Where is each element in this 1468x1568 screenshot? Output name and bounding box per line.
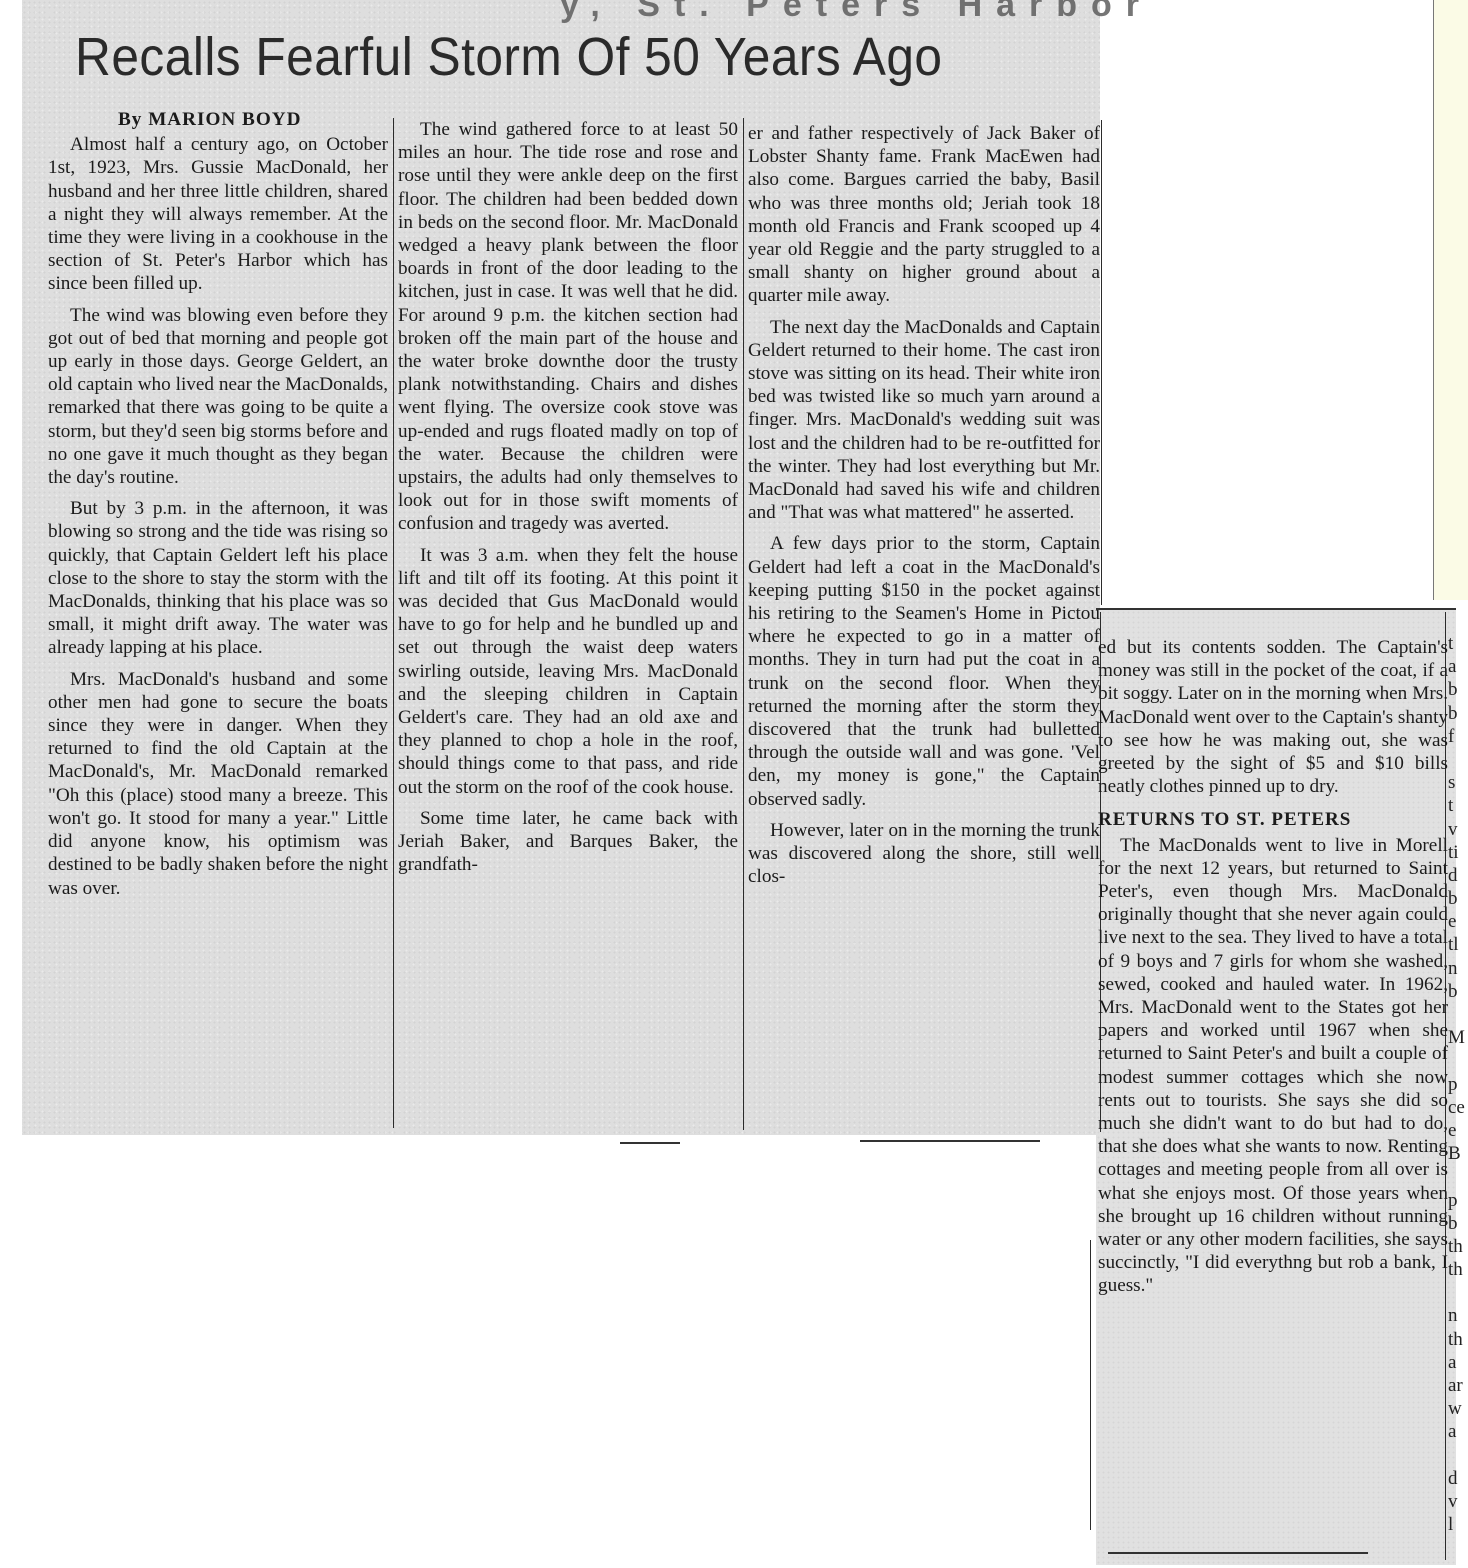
- fragment-letter: M: [1448, 1026, 1468, 1049]
- fragment-letter: p: [1448, 1073, 1468, 1096]
- bottom-rule: [1108, 1552, 1368, 1554]
- fragment-letter: b: [1448, 887, 1468, 910]
- fragment-letter: f: [1448, 725, 1468, 748]
- fragment-letter: a: [1448, 1420, 1468, 1443]
- fragment-letter: th: [1448, 1328, 1468, 1351]
- subheading: RETURNS TO ST. PETERS: [1098, 808, 1448, 831]
- fragment-letter: n: [1448, 1304, 1468, 1327]
- fragment-letter: [1448, 1049, 1468, 1072]
- column-rule: [743, 118, 744, 1130]
- column-rule: [1101, 120, 1102, 605]
- paragraph: But by 3 p.m. in the afternoon, it was b…: [48, 497, 388, 659]
- paragraph: The wind gathered force to at least 50 m…: [398, 118, 738, 536]
- fragment-letter: s: [1448, 771, 1468, 794]
- paragraph: Some time later, he came back with Jeria…: [398, 807, 738, 877]
- paragraph: It was 3 a.m. when they felt the house l…: [398, 544, 738, 799]
- fragment-letter: b: [1448, 1212, 1468, 1235]
- column-rule: [393, 118, 394, 1128]
- article-column-2: The wind gathered force to at least 50 m…: [398, 118, 738, 885]
- fragment-letter: n: [1448, 957, 1468, 980]
- masthead-fragment: y, St. Peters Harbor: [560, 0, 1153, 25]
- paragraph: The MacDonalds went to live in Morell fo…: [1098, 834, 1448, 1298]
- paragraph: The wind was blowing even before they go…: [48, 304, 388, 490]
- fragment-letter: b: [1448, 980, 1468, 1003]
- fragment-letter: e: [1448, 910, 1468, 933]
- paragraph: The next day the MacDonalds and Captain …: [748, 316, 1100, 525]
- paragraph: However, later on in the morning the tru…: [748, 819, 1100, 889]
- fragment-letter: a: [1448, 1351, 1468, 1374]
- article-column-4: ed but its contents sodden. The Captain'…: [1098, 636, 1448, 1306]
- fragment-letter: ce: [1448, 1096, 1468, 1119]
- article-column-3: er and father respectively of Jack Baker…: [748, 122, 1100, 897]
- fragment-letter: ar: [1448, 1374, 1468, 1397]
- fragment-letter: w: [1448, 1397, 1468, 1420]
- backing-paper-strip: [1433, 0, 1468, 600]
- byline: By MARION BOYD: [48, 108, 388, 131]
- paragraph: ed but its contents sodden. The Captain'…: [1098, 636, 1448, 798]
- fragment-letter: l: [1448, 1513, 1468, 1536]
- fragment-letter: ti: [1448, 841, 1468, 864]
- fragment-letter: e: [1448, 1119, 1468, 1142]
- bottom-rule: [860, 1140, 1040, 1142]
- fragment-letter: v: [1448, 818, 1468, 841]
- fragment-letter: t: [1448, 632, 1468, 655]
- fragment-letter: [1448, 1003, 1468, 1026]
- adjacent-clipping-fragment: tabbfstvtidbetlnbMpceeBpbththnthaarwadvl: [1448, 632, 1468, 1536]
- article-column-1: By MARION BOYD Almost half a century ago…: [48, 108, 388, 908]
- fragment-letter: th: [1448, 1258, 1468, 1281]
- fragment-letter: d: [1448, 864, 1468, 887]
- fragment-letter: B: [1448, 1142, 1468, 1165]
- fragment-letter: b: [1448, 702, 1468, 725]
- fragment-letter: p: [1448, 1189, 1468, 1212]
- bottom-rule: [620, 1142, 680, 1144]
- fragment-letter: th: [1448, 1235, 1468, 1258]
- fragment-letter: tl: [1448, 933, 1468, 956]
- fragment-letter: [1448, 748, 1468, 771]
- fragment-letter: [1448, 1444, 1468, 1467]
- fragment-letter: [1448, 1165, 1468, 1188]
- column-rule: [1090, 1240, 1091, 1530]
- paragraph: Almost half a century ago, on October 1s…: [48, 133, 388, 295]
- fragment-letter: a: [1448, 655, 1468, 678]
- fragment-letter: d: [1448, 1467, 1468, 1490]
- fragment-letter: t: [1448, 794, 1468, 817]
- paragraph: A few days prior to the storm, Captain G…: [748, 532, 1100, 810]
- paragraph: er and father respectively of Jack Baker…: [748, 122, 1100, 308]
- fragment-letter: b: [1448, 678, 1468, 701]
- paragraph: Mrs. MacDonald's husband and some other …: [48, 668, 388, 900]
- fragment-letter: v: [1448, 1490, 1468, 1513]
- fragment-letter: [1448, 1281, 1468, 1304]
- headline: Recalls Fearful Storm Of 50 Years Ago: [75, 26, 943, 88]
